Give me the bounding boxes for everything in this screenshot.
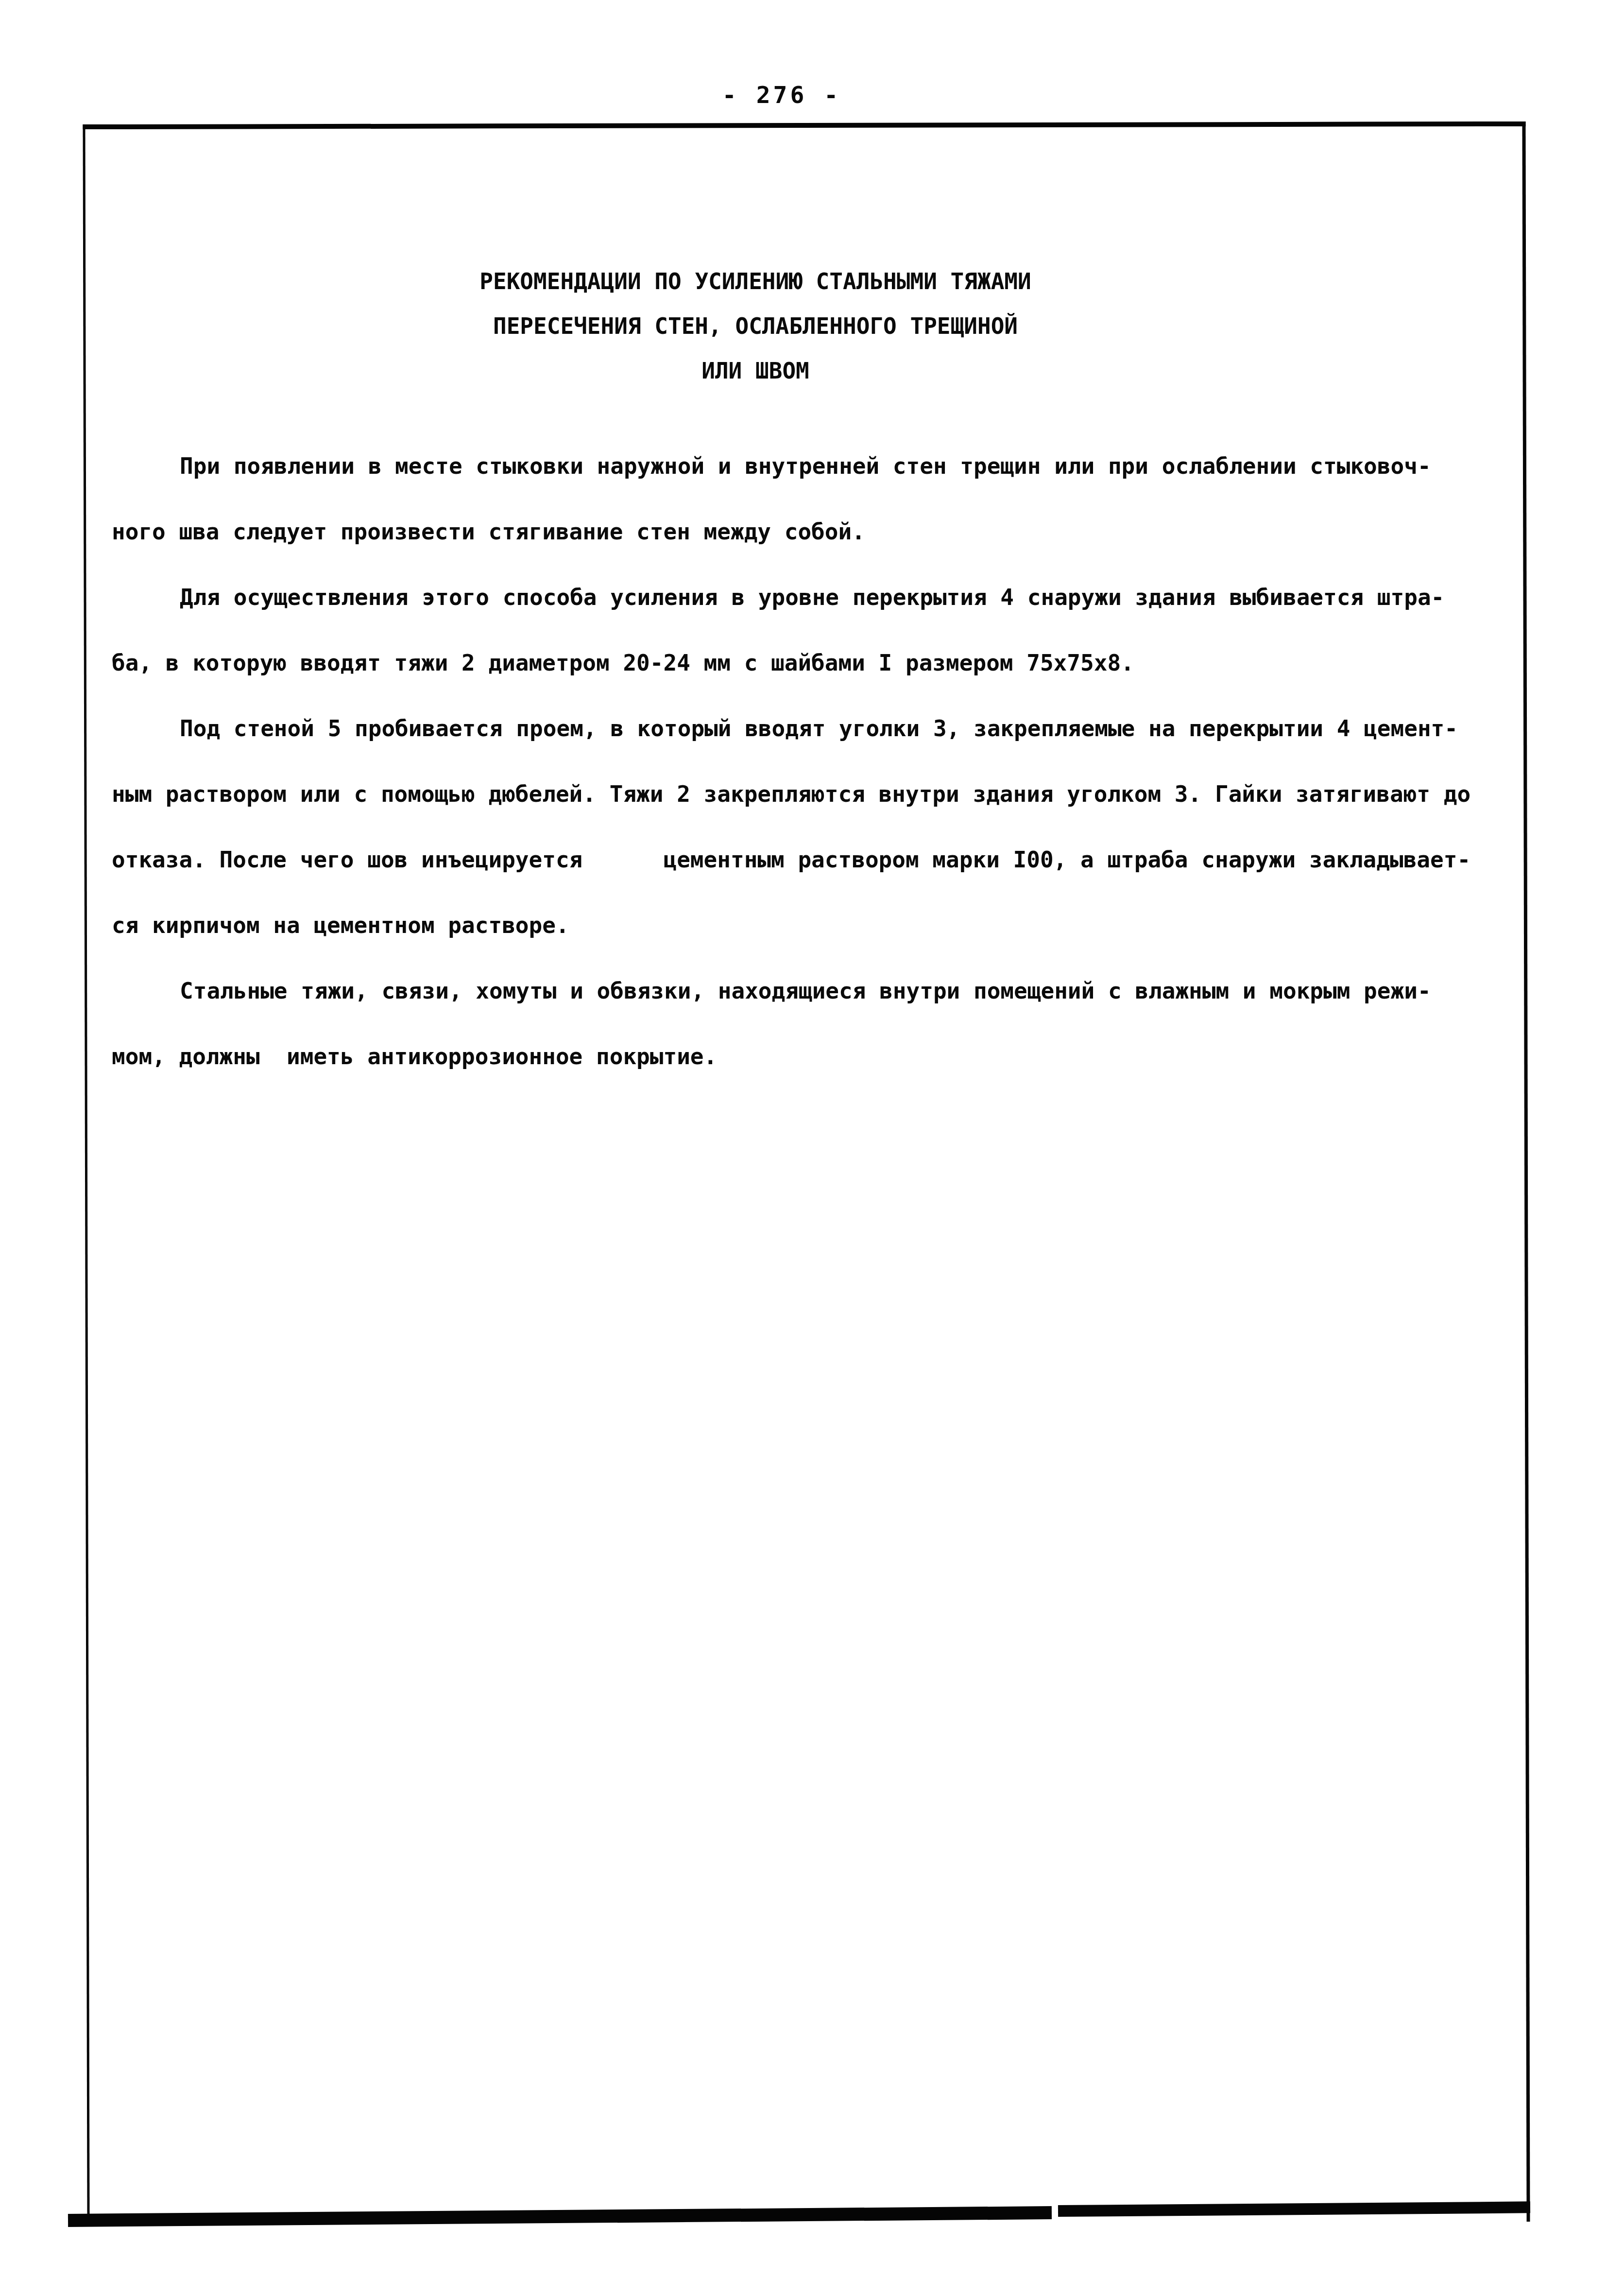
document-body: При появлении в месте стыковки наружной …	[112, 453, 1501, 1109]
page-number: - 276 -	[0, 82, 1585, 109]
document-title: РЕКОМЕНДАЦИИ ПО УСИЛЕНИЮ СТАЛЬНЫМИ ТЯЖАМ…	[112, 268, 1399, 402]
body-line: ся кирпичом на цементном растворе.	[112, 912, 1501, 978]
body-line: ба, в которую вводят тяжи 2 диаметром 20…	[112, 650, 1501, 715]
body-line: отказа. После чего шов инъецируется цеме…	[112, 846, 1501, 912]
body-line: Для осуществления этого способа усиления…	[112, 584, 1501, 650]
body-line: При появлении в месте стыковки наружной …	[112, 453, 1501, 518]
page-border-frame	[83, 121, 1530, 2225]
body-line: мом, должны иметь антикоррозионное покры…	[112, 1043, 1501, 1109]
body-line: ного шва следует произвести стягивание с…	[112, 518, 1501, 584]
body-line: ным раствором или с помощью дюбелей. Тяж…	[112, 781, 1501, 846]
title-line-2: ПЕРЕСЕЧЕНИЯ СТЕН, ОСЛАБЛЕННОГО ТРЕЩИНОЙ	[112, 313, 1399, 358]
body-line: Под стеной 5 пробивается проем, в которы…	[112, 715, 1501, 781]
body-line: Стальные тяжи, связи, хомуты и обвязки, …	[112, 978, 1501, 1043]
title-line-1: РЕКОМЕНДАЦИИ ПО УСИЛЕНИЮ СТАЛЬНЫМИ ТЯЖАМ…	[112, 268, 1399, 313]
title-line-3: ИЛИ ШВОМ	[112, 358, 1399, 402]
scanned-document-page: - 276 - РЕКОМЕНДАЦИИ ПО УСИЛЕНИЮ СТАЛЬНЫ…	[0, 0, 1607, 2296]
